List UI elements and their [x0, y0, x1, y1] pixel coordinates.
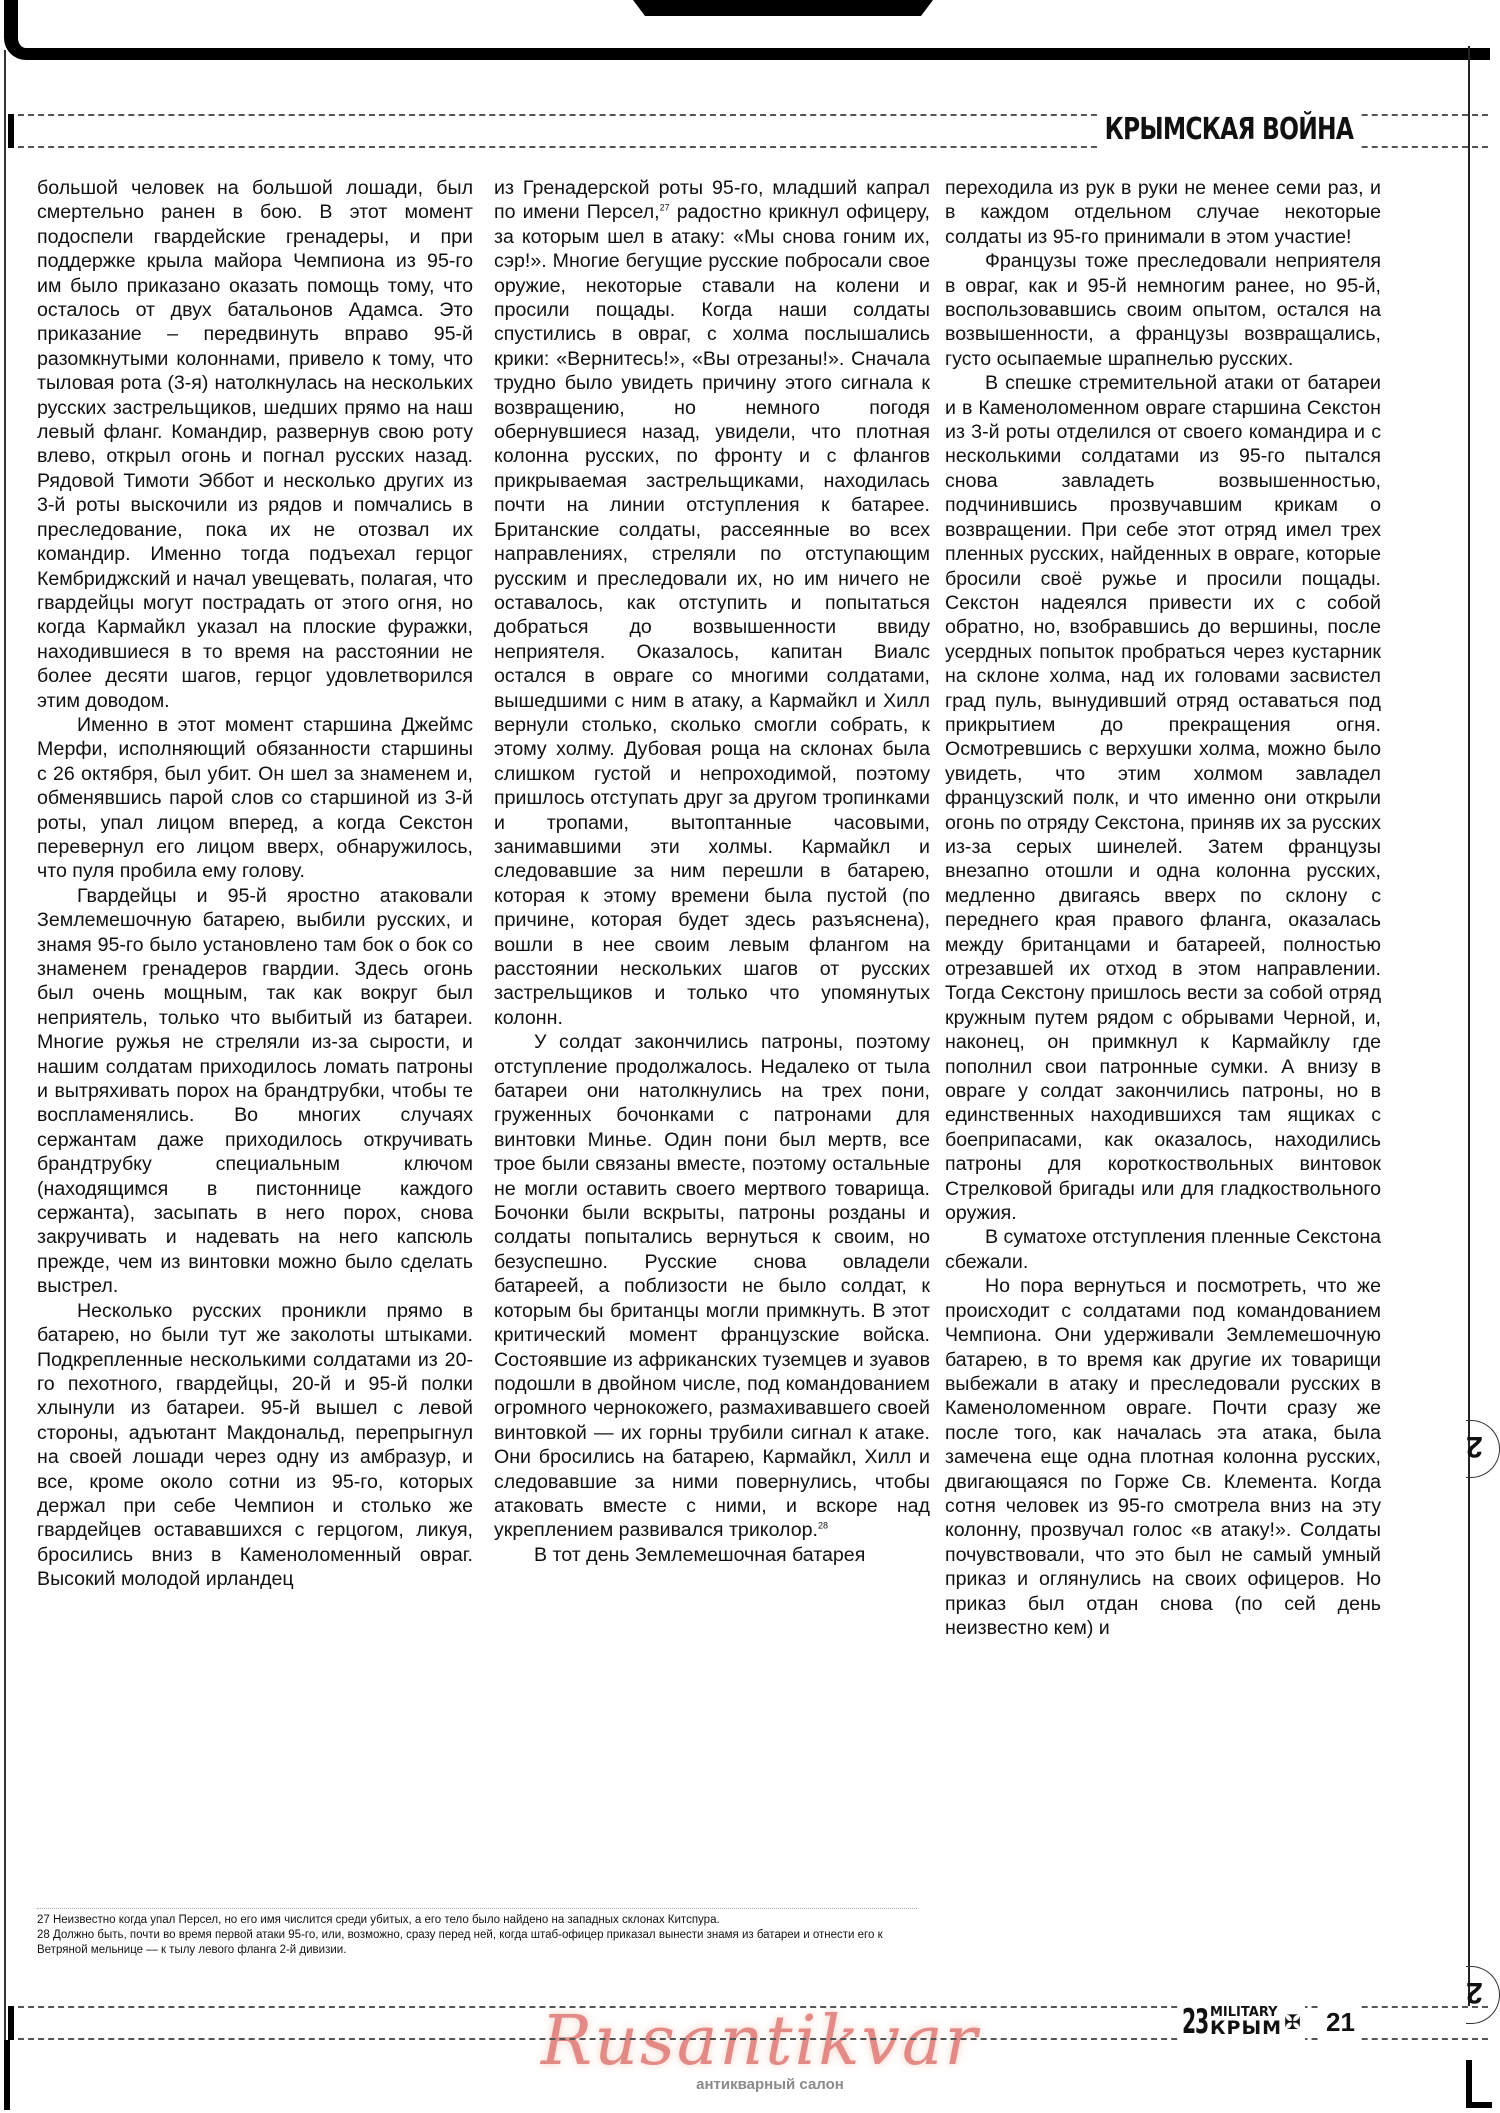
paragraph: большой человек на большой лошади, был с… — [37, 176, 473, 713]
paragraph: переходила из рук в руки не менее семи р… — [945, 176, 1381, 249]
page-header: КРЫМСКАЯ ВОЙНА — [8, 112, 1488, 148]
paragraph: из Гренадерской роты 95-го, младший капр… — [494, 176, 930, 1030]
logo-words: MILITARY КРЫМ — [1210, 2006, 1282, 2038]
bottom-left-bar — [4, 2040, 10, 2110]
logo-number: 23 — [1182, 2005, 1198, 2039]
paragraph: Именно в этот момент старшина Джеймс Мер… — [37, 713, 473, 884]
paragraph: В спешке стремительной атаки от батареи … — [945, 371, 1381, 1225]
paragraph: В тот день Землемешочная батарея — [494, 1543, 930, 1567]
top-frame-tab — [633, 0, 933, 16]
edge-tab-label: 2 — [1466, 1429, 1483, 1463]
paragraph: В суматохе отступления пленные Секстона … — [945, 1225, 1381, 1274]
soldier-figure-icon: ✠ — [1284, 2010, 1301, 2035]
paragraph: Гвардейцы и 95-й яростно атаковали Земле… — [37, 884, 473, 1299]
edge-tab-label: 2 — [1466, 1975, 1483, 2009]
paragraph: Несколько русских проникли прямо в батар… — [37, 1299, 473, 1592]
footnote-27: 27 Неизвестно когда упал Персел, но его … — [37, 1913, 917, 1928]
section-title: КРЫМСКАЯ ВОЙНА — [1100, 112, 1358, 148]
magazine-logo: 23 MILITARY КРЫМ ✠ — [1178, 2004, 1305, 2040]
paragraph: Французы тоже преследовали неприятеля в … — [945, 249, 1381, 371]
article-column-1: большой человек на большой лошади, был с… — [37, 176, 473, 1592]
page-number: 21 — [1320, 2004, 1361, 2040]
footnote-ref[interactable]: 27 — [660, 203, 670, 213]
paragraph-text: радостно крикнул офицеру, за которым шел… — [494, 201, 930, 1028]
edge-tab-marker: 2 — [1466, 1966, 1500, 2024]
footnotes: 27 Неизвестно когда упал Персел, но его … — [37, 1913, 917, 1958]
paragraph: Но пора вернуться и посмотреть, что же п… — [945, 1274, 1381, 1640]
bottom-right-bracket — [1466, 2060, 1492, 2108]
paragraph-text: У солдат закончились патроны, поэтому от… — [494, 1031, 930, 1541]
left-frame-rule — [4, 50, 6, 2110]
header-left-mark — [8, 114, 14, 148]
footnote-divider — [37, 1908, 917, 1909]
footnote-ref[interactable]: 28 — [818, 1521, 828, 1531]
logo-krym: КРЫМ — [1210, 2019, 1282, 2038]
edge-tab-marker: 2 — [1466, 1420, 1500, 1478]
page-footer: 23 MILITARY КРЫМ ✠ 21 — [8, 2004, 1488, 2040]
footer-left-mark — [8, 2006, 14, 2040]
paragraph: У солдат закончились патроны, поэтому от… — [494, 1030, 930, 1543]
article-column-3: переходила из рук в руки не менее семи р… — [945, 176, 1381, 1640]
right-frame-rule — [1468, 46, 1470, 2006]
article-column-2: из Гренадерской роты 95-го, младший капр… — [494, 176, 930, 1567]
footnote-28: 28 Должно быть, почти во время первой ат… — [37, 1928, 917, 1958]
